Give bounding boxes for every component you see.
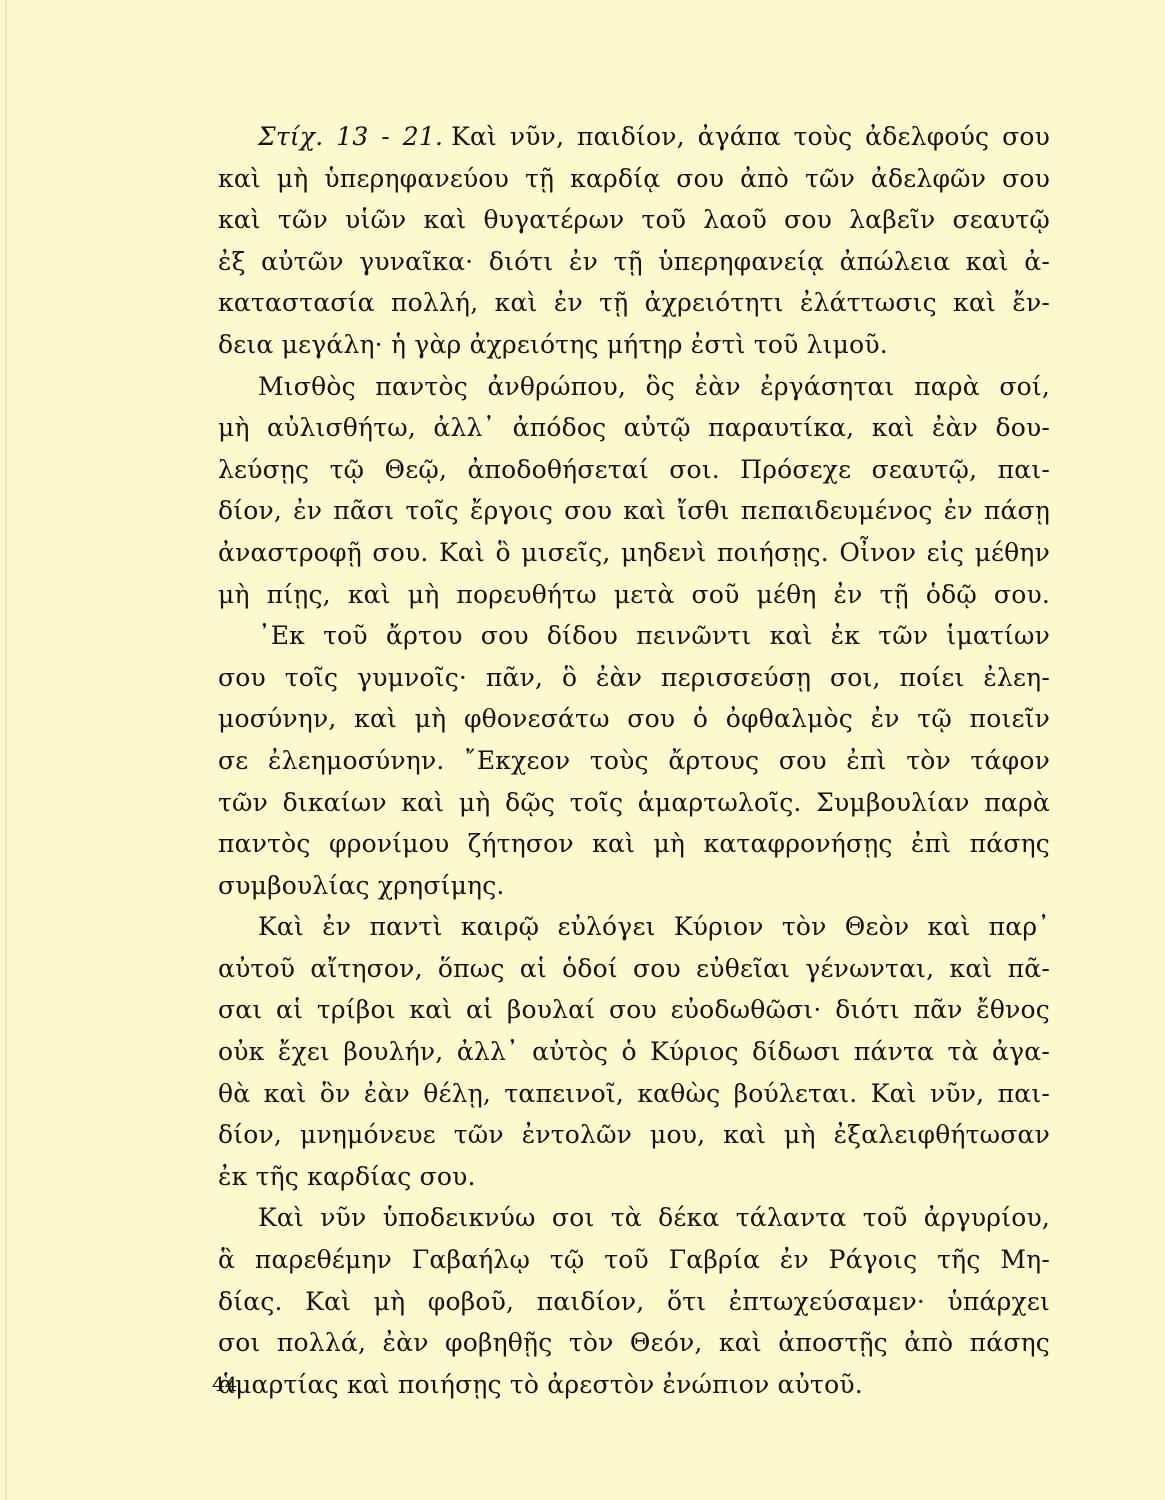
text-line: μὴ αὐλισθήτω, ἀλλ᾽ ἀπόδος αὐτῷ παραυτίκα… — [218, 407, 1050, 449]
text-line: Μισθὸς παντὸς ἀνθρώπου, ὃς ἐὰν ἐργάσηται… — [218, 366, 1050, 408]
text-line: μὴ πίῃς, καὶ μὴ πορευθήτω μετὰ σοῦ μέθη … — [218, 574, 1050, 616]
page-body: Στίχ. 13 - 21.Καὶ νῦν, παιδίον, ἀγάπα το… — [218, 116, 1050, 1405]
text-line: σε ἐλεημοσύνην. ῎Εκχεον τοὺς ἄρτους σου … — [218, 740, 1050, 782]
text-line: οὐκ ἔχει βουλήν, ἀλλ᾽ αὐτὸς ὁ Κύριος δίδ… — [218, 1031, 1050, 1073]
text-line: συμβουλίας χρησίμης. — [218, 865, 1050, 907]
text-line: καὶ μὴ ὑπερηφανεύου τῇ καρδίᾳ σου ἀπὸ τῶ… — [218, 158, 1050, 200]
page-binding-edge — [5, 0, 7, 1500]
text-line: θὰ καὶ ὃν ἐὰν θέλῃ, ταπεινοῖ, καθὼς βούλ… — [218, 1073, 1050, 1115]
text-line: Καὶ ἐν παντὶ καιρῷ εὐλόγει Κύριον τὸν Θε… — [218, 906, 1050, 948]
text-line: δίον, ἐν πᾶσι τοῖς ἔργοις σου καὶ ἴσθι π… — [218, 490, 1050, 532]
text-line: παντὸς φρονίμου ζήτησον καὶ μὴ καταφρονή… — [218, 823, 1050, 865]
text-line: ἁμαρτίας καὶ ποιήσῃς τὸ ἀρεστὸν ἐνώπιον … — [218, 1364, 1050, 1406]
text-line: δίας. Καὶ μὴ φοβοῦ, παιδίον, ὅτι ἐπτωχεύ… — [218, 1281, 1050, 1323]
text-line: ἐκ τῆς καρδίας σου. — [218, 1156, 1050, 1198]
line-text: Καὶ νῦν, παιδίον, ἀγάπα τοὺς ἀδελφούς σο… — [451, 122, 1050, 151]
text-line: Στίχ. 13 - 21.Καὶ νῦν, παιδίον, ἀγάπα το… — [218, 116, 1050, 158]
text-line: καὶ τῶν υἱῶν καὶ θυγατέρων τοῦ λαοῦ σου … — [218, 199, 1050, 241]
text-line: λεύσῃς τῷ Θεῷ, ἀποδοθήσεταί σοι. Πρόσεχε… — [218, 449, 1050, 491]
text-line: ἀναστροφῇ σου. Καὶ ὃ μισεῖς, μηδενὶ ποιή… — [218, 532, 1050, 574]
page-number: 44 — [212, 1372, 237, 1396]
text-line: τῶν δικαίων καὶ μὴ δῷς τοῖς ἁμαρτωλοῖς. … — [218, 782, 1050, 824]
text-line: δίον, μνημόνευε τῶν ἐντολῶν μου, καὶ μὴ … — [218, 1114, 1050, 1156]
text-line: ἐξ αὐτῶν γυναῖκα· διότι ἐν τῇ ὑπερηφανεί… — [218, 241, 1050, 283]
text-line: καταστασία πολλή, καὶ ἐν τῇ ἀχρειότητι ἐ… — [218, 282, 1050, 324]
text-line: ᾿Εκ τοῦ ἄρτου σου δίδου πεινῶντι καὶ ἐκ … — [218, 615, 1050, 657]
text-line: δεια μεγάλη· ἡ γὰρ ἀχρειότης μήτηρ ἐστὶ … — [218, 324, 1050, 366]
verse-reference: Στίχ. 13 - 21. — [258, 122, 443, 151]
text-line: ἃ παρεθέμην Γαβαήλῳ τῷ τοῦ Γαβρία ἐν Ράγ… — [218, 1239, 1050, 1281]
text-line: σου τοῖς γυμνοῖς· πᾶν, ὃ ἐὰν περισσεύσῃ … — [218, 657, 1050, 699]
text-line: σαι αἱ τρίβοι καὶ αἱ βουλαί σου εὐοδωθῶσ… — [218, 989, 1050, 1031]
text-line: αὐτοῦ αἴτησον, ὅπως αἱ ὁδοί σου εὐθεῖαι … — [218, 948, 1050, 990]
text-line: Καὶ νῦν ὑποδεικνύω σοι τὰ δέκα τάλαντα τ… — [218, 1197, 1050, 1239]
text-line: σοι πολλά, ἐὰν φοβηθῇς τὸν Θεόν, καὶ ἀπο… — [218, 1322, 1050, 1364]
text-line: μοσύνην, καὶ μὴ φθονεσάτω σου ὁ ὀφθαλμὸς… — [218, 698, 1050, 740]
